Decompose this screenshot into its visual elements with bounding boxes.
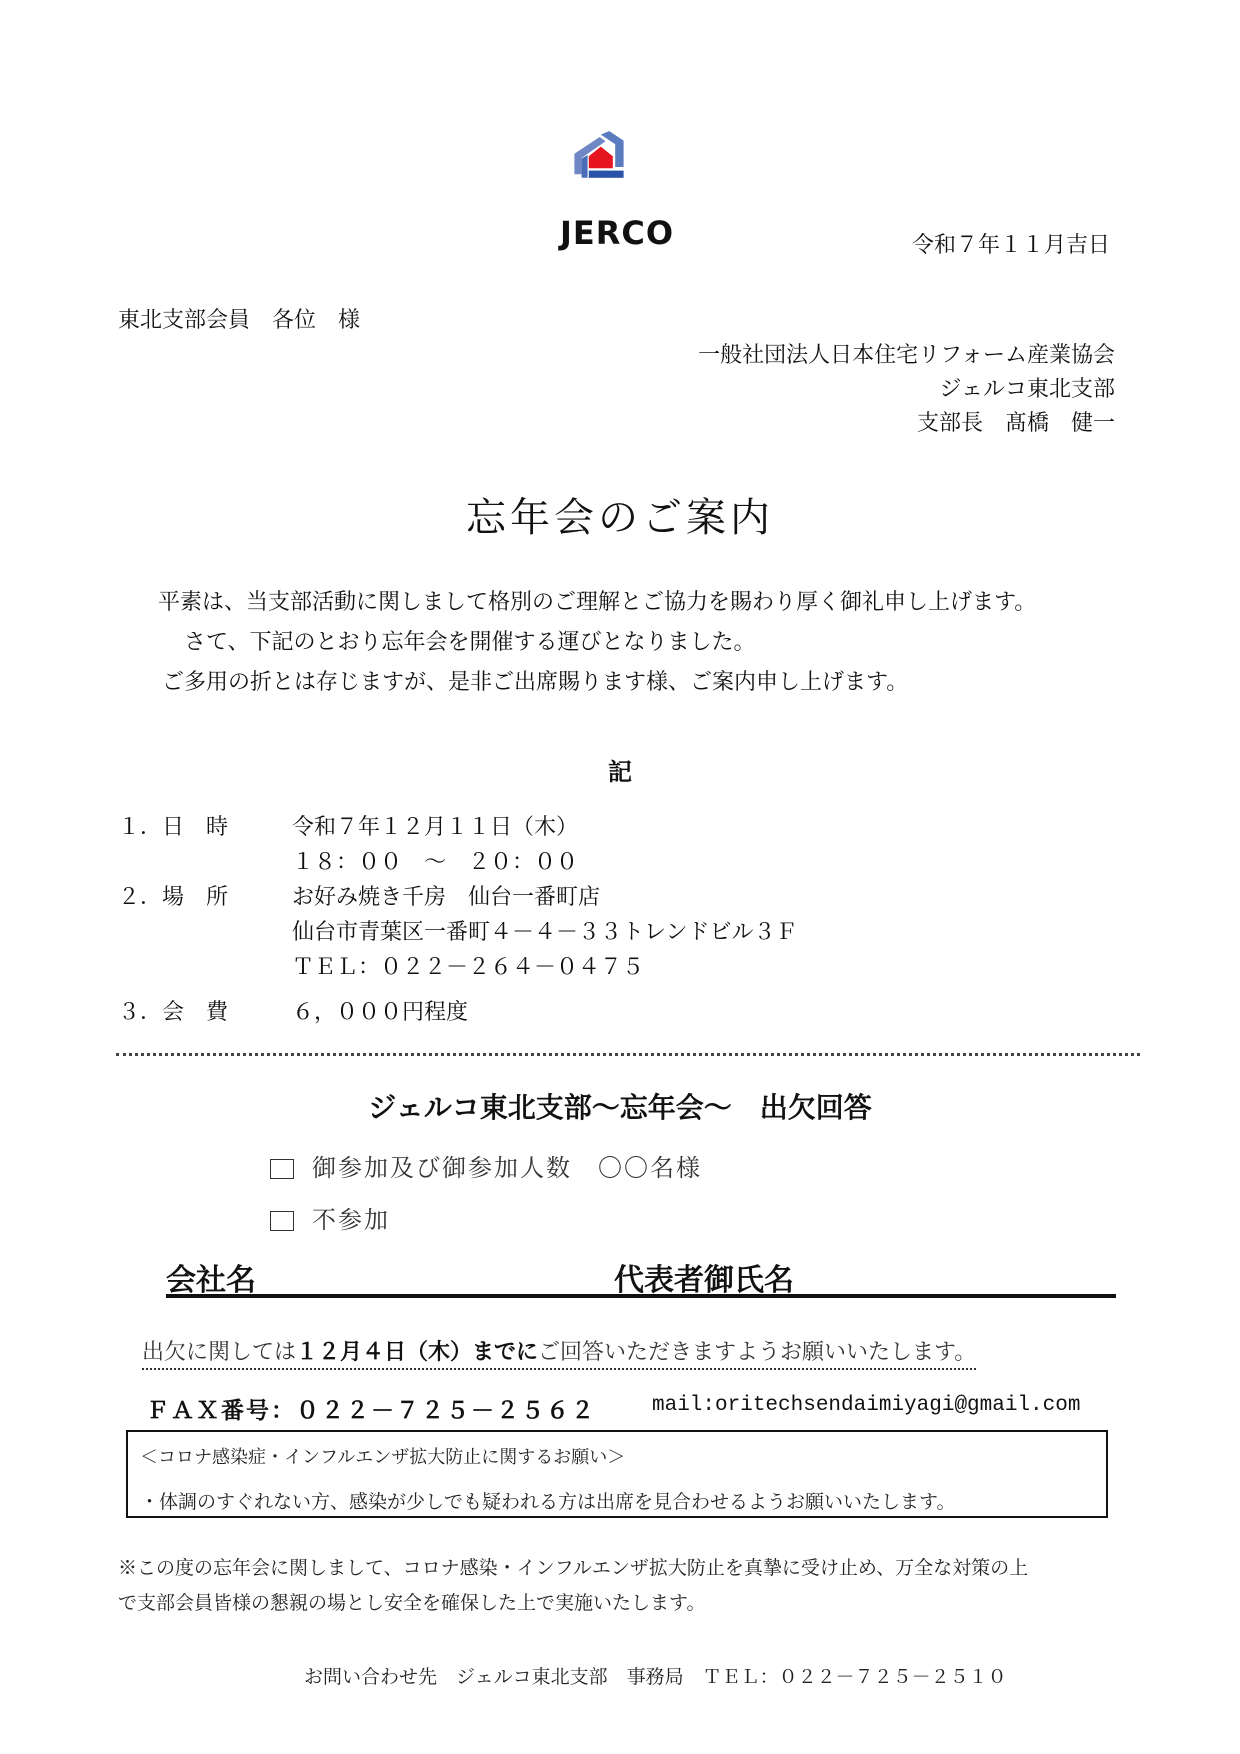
page-title: 忘年会のご案内 — [0, 486, 1240, 543]
detail-venue: お好み焼き千房 仙台一番町店 — [292, 880, 600, 911]
footnote-line-2: で支部会員皆様の懇親の場とし安全を確保した上で実施いたします。 — [118, 1588, 705, 1615]
detail-time: １８：００ ～ ２０：００ — [292, 845, 578, 876]
detail-venue-tel: ＴＥＬ：０２２－２６４－０４７５ — [292, 950, 644, 981]
body-paragraph-2: さて、下記のとおり忘年会を開催する運びとなりました。 — [184, 625, 756, 656]
detail-address: 仙台市青葉区一番町４－４－３３トレンドビル３Ｆ — [292, 915, 797, 946]
house-logo-icon — [572, 130, 662, 210]
ki-heading: 記 — [0, 752, 1240, 787]
sender-organization: 一般社団法人日本住宅リフォーム産業協会 — [698, 338, 1115, 369]
option-attend-label: 御参加及び御参加人数 〇〇名様 — [312, 1154, 702, 1182]
issue-date: 令和７年１１月吉日 — [912, 228, 1110, 259]
checkbox-attend[interactable] — [270, 1159, 294, 1179]
sender-branch: ジェルコ東北支部 — [939, 372, 1115, 403]
deadline-date: １２月４日（木）までに — [296, 1339, 538, 1365]
detail-label-fee: ３．会 費 — [118, 995, 228, 1026]
body-paragraph-3: ご多用の折とは存じますが、是非ご出席賜ります様、ご案内申し上げます。 — [162, 665, 908, 696]
detail-label-place: ２．場 所 — [118, 880, 228, 911]
body-paragraph-1: 平素は、当支部活動に関しまして格別のご理解とご協力を賜わり厚く御礼申し上げます。 — [158, 585, 1036, 616]
contact-info: お問い合わせ先 ジェルコ東北支部 事務局 ＴＥＬ：０２２－７２５－２５１０ — [304, 1662, 1007, 1689]
notice-body: ・体調のすぐれない方、感染が少しでも疑われる方は出席を見合わせるようお願いいたし… — [140, 1487, 955, 1514]
sender-head: 支部長 髙橋 健一 — [917, 406, 1115, 437]
representative-label: 代表者御氏名 — [614, 1255, 794, 1299]
fax-number: ＦＡＸ番号：０２２－７２５－２５６２ — [146, 1392, 596, 1425]
deadline-pre: 出欠に関しては — [142, 1340, 296, 1365]
deadline-post: ご回答いただきますようお願いいたします。 — [538, 1340, 976, 1365]
detail-date: 令和７年１２月１１日（木） — [292, 810, 578, 841]
company-name-label: 会社名 — [166, 1255, 256, 1299]
detail-label-datetime: １．日 時 — [118, 810, 228, 841]
option-attend[interactable]: 御参加及び御参加人数 〇〇名様 — [270, 1148, 702, 1183]
option-absent[interactable]: 不参加 — [270, 1200, 390, 1235]
addressee: 東北支部会員 各位 様 — [118, 303, 360, 334]
signature-line[interactable] — [166, 1294, 1116, 1298]
footnote-line-1: ※この度の忘年会に関しまして、コロナ感染・インフルエンザ拡大防止を真摯に受け止め… — [118, 1553, 1028, 1580]
option-absent-label: 不参加 — [312, 1206, 390, 1234]
logo-text: JERCO — [552, 214, 682, 252]
reply-title: ジェルコ東北支部～忘年会～ 出欠回答 — [0, 1086, 1240, 1126]
reply-deadline: 出欠に関しては１２月４日（木）までにご回答いただきますようお願いいたします。 — [142, 1335, 976, 1370]
checkbox-absent[interactable] — [270, 1211, 294, 1231]
notice-heading: ＜コロナ感染症・インフルエンザ拡大防止に関するお願い＞ — [140, 1443, 625, 1469]
email-address[interactable]: mail:oritechsendaimiyagi@gmail.com — [652, 1394, 1080, 1417]
detail-fee: ６，０００円程度 — [292, 995, 468, 1026]
cut-line-divider — [116, 1053, 1140, 1056]
